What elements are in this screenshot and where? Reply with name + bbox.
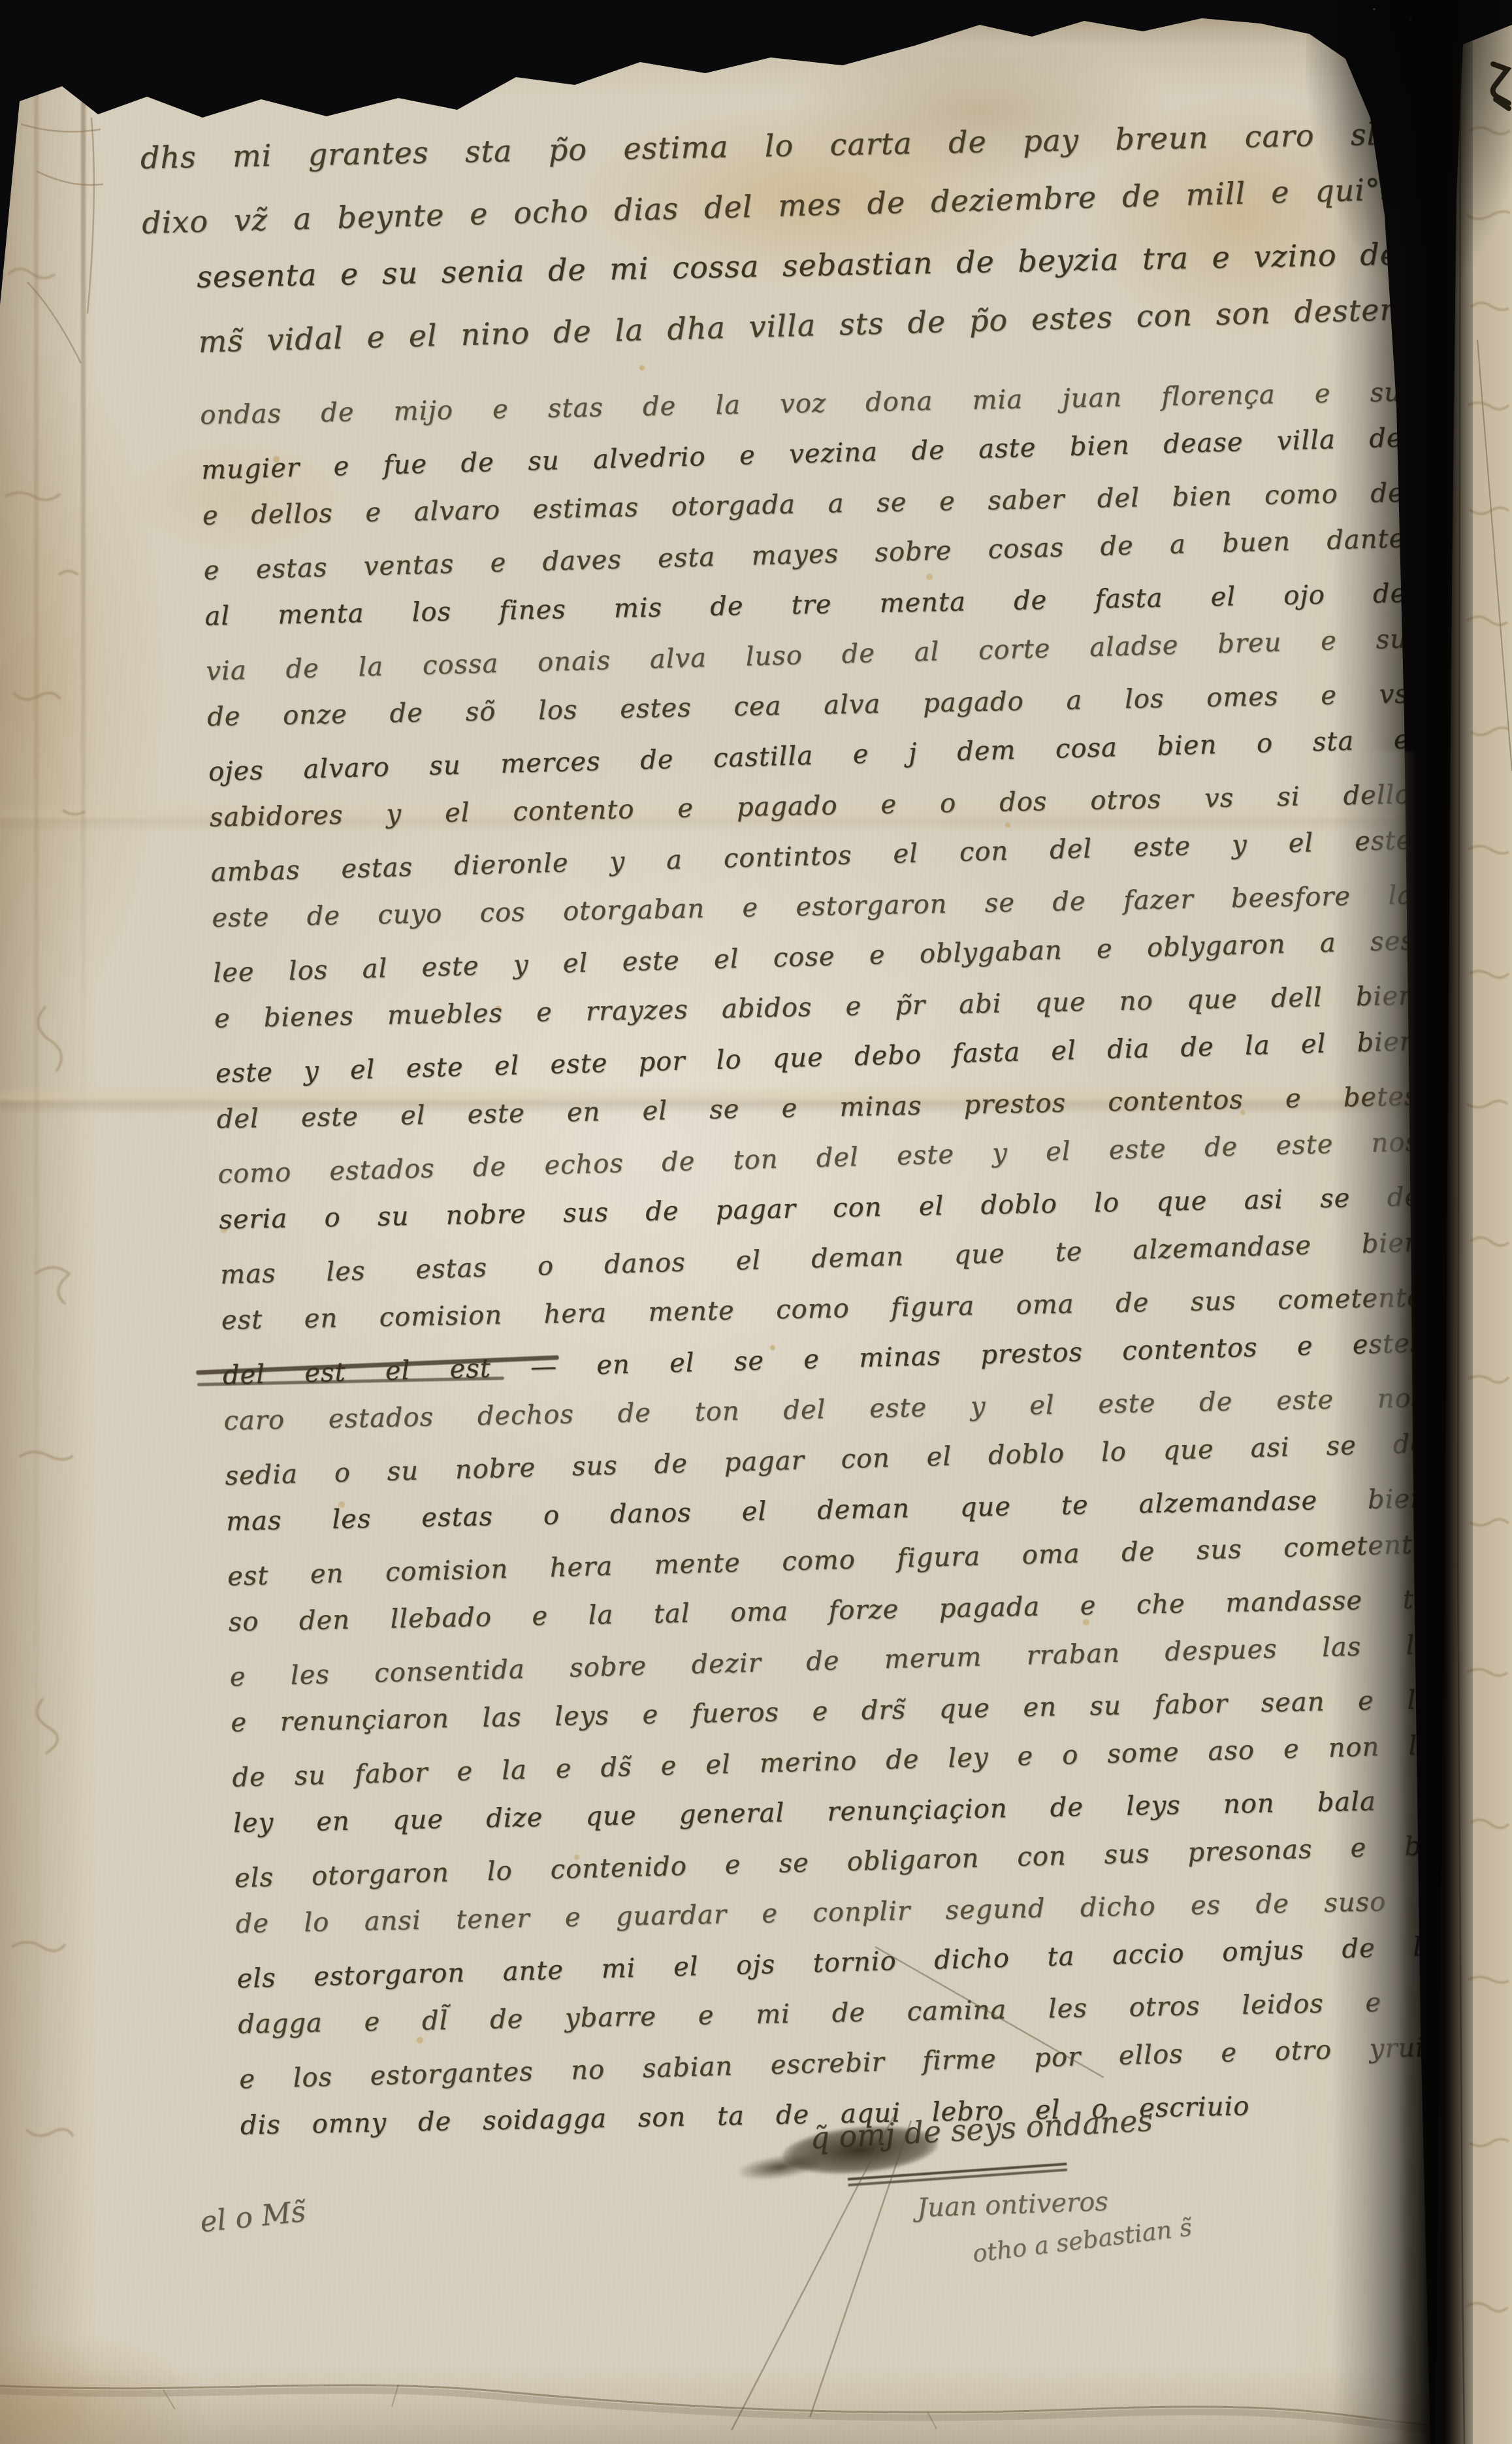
book-gutter-shadow (1332, 0, 1473, 2444)
fold-crease-vertical (81, 91, 86, 1111)
manuscript-page: dhs mi grantes sta p̃o estima lo carta d… (0, 0, 1512, 2444)
manuscript-text-block: dhs mi grantes sta p̃o estima lo carta d… (193, 101, 1443, 2153)
photo-background: dhs mi grantes sta p̃o estima lo carta d… (0, 0, 1512, 2444)
book-gutter-shadow-top (1306, 0, 1512, 281)
ink-flecks (0, 0, 4, 4)
fold-crease-vertical-faint (34, 91, 39, 2182)
